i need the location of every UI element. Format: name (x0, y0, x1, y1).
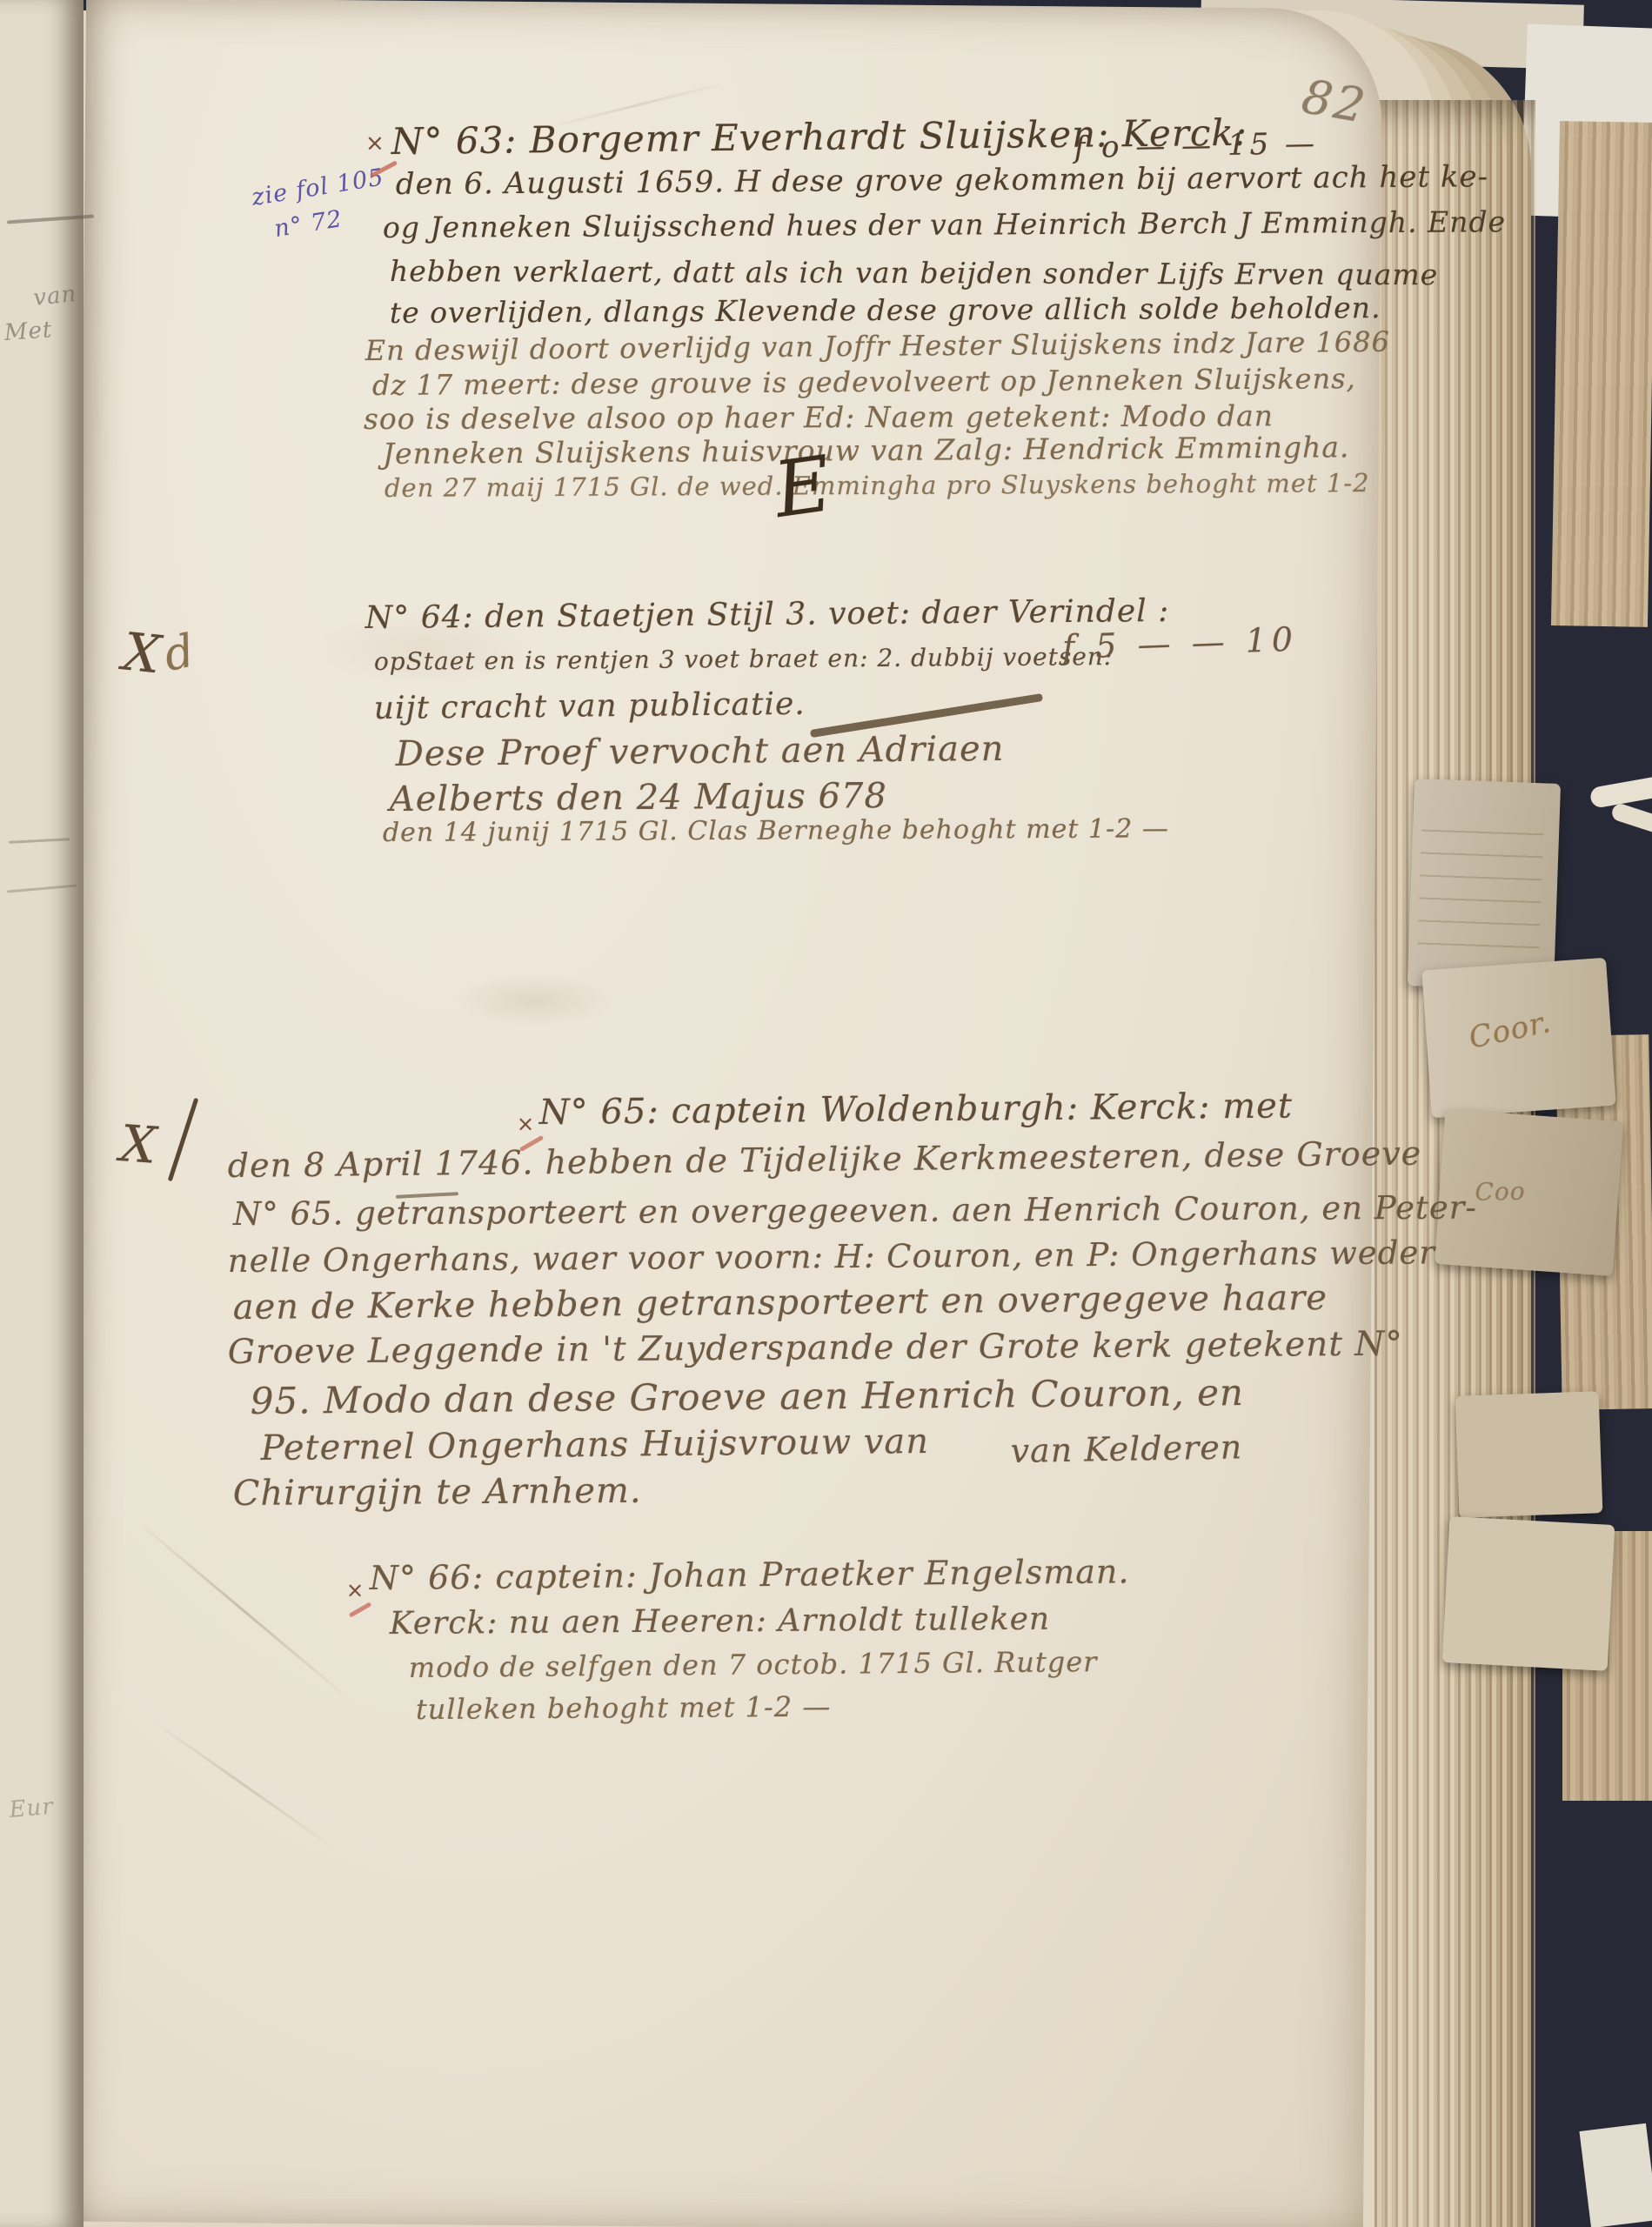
entry-cross-mark: × (517, 1112, 535, 1136)
entry-heading: N° 65: captein Woldenburgh: Kerck: met (539, 1086, 1294, 1133)
entry-line: tulleken behoght met 1-2 — (416, 1690, 832, 1726)
entry-line: uijt cracht van publicatie. (374, 686, 806, 726)
pencil-word: Eur (8, 1794, 55, 1823)
entry-line: Dese Proef vervocht aen Adriaen (396, 729, 1005, 774)
right-board-flap (1551, 121, 1652, 627)
entry-cross-mark: × (365, 130, 385, 157)
entry-line: dz 17 meert: dese grouve is gedevolveert… (372, 362, 1356, 402)
manuscript-photo: Coor. Coo 82 zie fol 105 n° 72 van Met E… (0, 0, 1652, 2227)
entry-line: opStaet en is rentjen 3 voet braet en: 2… (374, 642, 1114, 676)
entry-valuation: f o — — 15 — (1073, 126, 1318, 165)
pencil-word: van (32, 281, 78, 311)
entry-line: soo is deselve alsoo op haer Ed: Naem ge… (364, 398, 1274, 436)
paper-stain (452, 974, 618, 1027)
pencil-word: Met (3, 317, 53, 346)
margin-x-mark: X (120, 621, 164, 685)
entry-line: og Jenneken Sluijsschend hues der van He… (383, 204, 1506, 244)
entry-line: Chirurgijn te Arnhem. (233, 1471, 642, 1514)
entry-line: hebben verklaert, datt als ich van beijd… (390, 254, 1438, 291)
white-slip (1579, 2123, 1652, 2227)
entry-line: modo de selfgen den 7 octob. 1715 Gl. Ru… (409, 1645, 1098, 1684)
entry-line: Groeve Leggende in 't Zuyderspande der G… (228, 1325, 1403, 1372)
parchment-tab (1442, 1516, 1615, 1671)
parchment-tab (1408, 779, 1561, 991)
entry-line: den 27 maij 1715 Gl. de wed. Emmingha pr… (385, 468, 1370, 503)
entry-line: N° 65. getransporteert en overgegeeven. … (233, 1189, 1477, 1233)
entry-line: Aelberts den 24 Majus 678 (390, 776, 887, 819)
entry-line: te overlijden, dlangs Klevende dese grov… (390, 291, 1381, 330)
parchment-tab (1455, 1391, 1603, 1518)
entry-line: van Kelderen (1010, 1428, 1242, 1470)
parchment-tab: Coor. (1421, 958, 1615, 1118)
tab-label: Coo (1475, 1177, 1526, 1207)
tab-label: Coor. (1466, 1005, 1555, 1056)
entry-line: 95. Modo dan dese Groeve aen Henrich Cou… (251, 1371, 1245, 1422)
entry-line: Jenneken Sluijskens huisvrouw van Zalg: … (383, 430, 1350, 471)
margin-x-mark: X (118, 1113, 159, 1175)
entry-line: den 14 junij 1715 Gl. Clas Berneghe beho… (383, 813, 1169, 848)
entry-heading: N° 64: den Staetjen Stijl 3. voet: daer … (365, 593, 1170, 636)
folio-number: 82 (1298, 69, 1372, 134)
entry-line: Peternel Ongerhans Huijsvrouw van (261, 1421, 930, 1468)
tab-faint-script (1417, 808, 1544, 969)
entry-heading: N° 66: captein: Johan Praetker Engelsman… (370, 1552, 1130, 1597)
entry-cross-mark: × (346, 1578, 365, 1602)
entry-line: Kerck: nu aen Heeren: Arnoldt tulleken (390, 1602, 1051, 1642)
binding-cord (1610, 802, 1652, 838)
